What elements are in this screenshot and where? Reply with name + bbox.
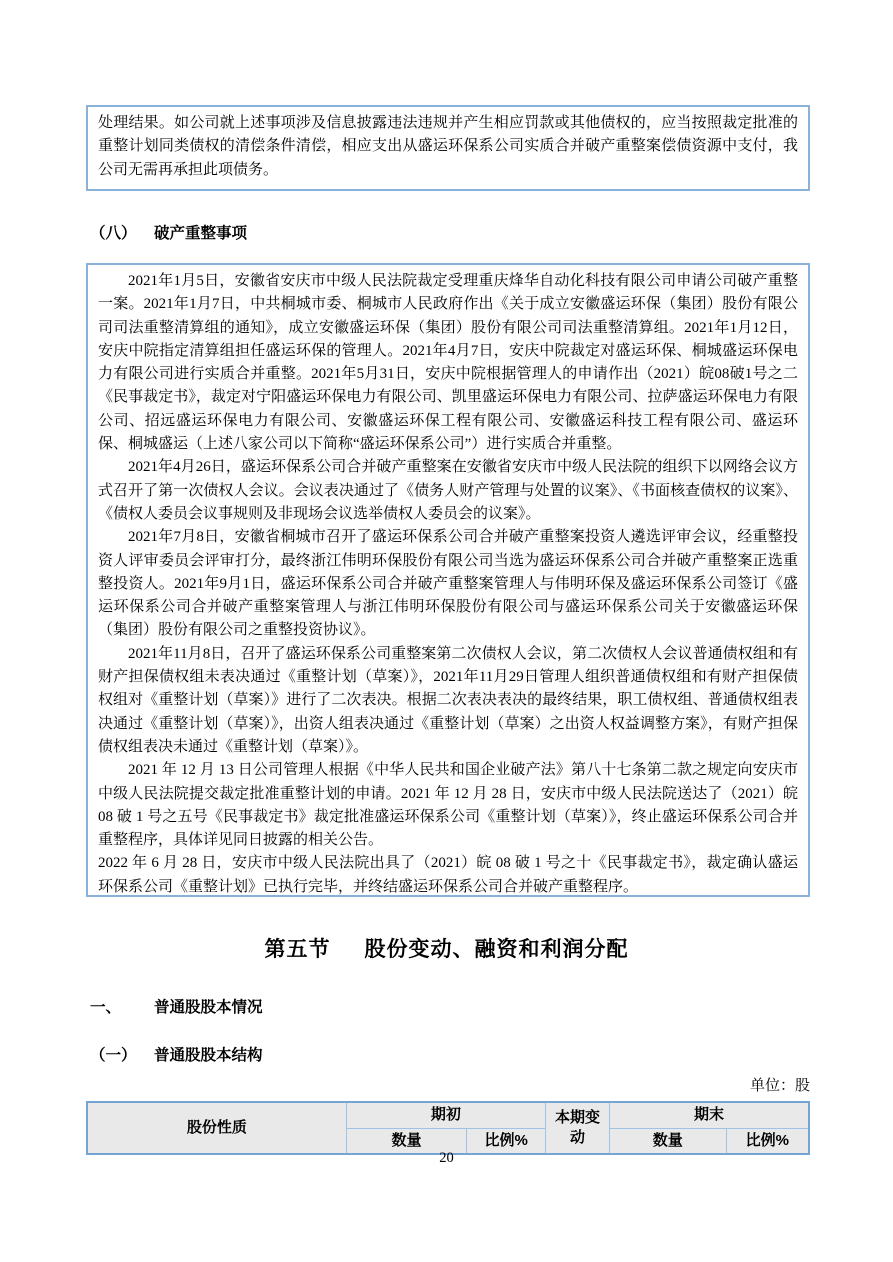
subsection-1-1-title: 普通股股本结构 bbox=[154, 1043, 263, 1065]
share-structure-table: 股份性质 期初 本期变动 期末 数量 比例% 数量 比例% bbox=[86, 1101, 810, 1155]
chapter-title: 第五节股份变动、融资和利润分配 bbox=[0, 933, 893, 963]
carryover-paragraph: 处理结果。如公司就上述事项涉及信息披露违法违规并产生相应罚款或其他债权的，应当按… bbox=[98, 112, 798, 182]
restructuring-paragraph-6: 2022 年 6 月 28 日，安庆市中级人民法院出具了（2021）皖 08 破… bbox=[98, 852, 798, 899]
subsection-1-1-heading: （一） 普通股股本结构 bbox=[90, 1043, 814, 1065]
section-8-heading: （八） 破产重整事项 bbox=[90, 221, 814, 243]
restructuring-paragraph-5: 2021 年 12 月 13 日公司管理人根据《中华人民共和国企业破产法》第八十… bbox=[98, 759, 798, 852]
chapter-title-text: 股份变动、融资和利润分配 bbox=[365, 938, 629, 961]
restructuring-paragraph-2: 2021年4月26日，盛运环保系公司合并破产重整案在安徽省安庆市中级人民法院的组… bbox=[98, 456, 798, 526]
header-ending: 期末 bbox=[609, 1102, 809, 1128]
subsection-1-title: 普通股股本情况 bbox=[154, 995, 263, 1017]
table-header-row-1: 股份性质 期初 本期变动 期末 bbox=[87, 1102, 809, 1128]
carryover-text-box: 处理结果。如公司就上述事项涉及信息披露违法违规并产生相应罚款或其他债权的，应当按… bbox=[86, 105, 810, 191]
header-share-type: 股份性质 bbox=[87, 1102, 346, 1154]
restructuring-paragraph-1: 2021年1月5日，安徽省安庆市中级人民法院裁定受理重庆烽华自动化科技有限公司申… bbox=[98, 270, 798, 456]
unit-label: 单位：股 bbox=[86, 1074, 810, 1095]
restructuring-paragraph-3: 2021年7月8日，安徽省桐城市召开了盛运环保系公司合并破产重整案投资人遴选评审… bbox=[98, 526, 798, 642]
section-8-title: 破产重整事项 bbox=[154, 221, 247, 243]
section-8-number: （八） bbox=[90, 221, 154, 243]
chapter-number: 第五节 bbox=[265, 938, 331, 961]
subsection-1-number: 一、 bbox=[90, 995, 154, 1017]
restructuring-paragraph-4: 2021年11月8日，召开了盛运环保系公司重整案第二次债权人会议，第二次债权人会… bbox=[98, 643, 798, 759]
restructuring-text-box: 2021年1月5日，安徽省安庆市中级人民法院裁定受理重庆烽华自动化科技有限公司申… bbox=[86, 263, 810, 897]
header-beginning: 期初 bbox=[346, 1102, 545, 1128]
subsection-1-1-number: （一） bbox=[90, 1043, 154, 1065]
document-page: { "colors": { "box_border": "#8ab1d8", "… bbox=[0, 0, 893, 1262]
header-change: 本期变动 bbox=[546, 1102, 610, 1154]
page-number: 20 bbox=[0, 1150, 893, 1167]
subsection-1-heading: 一、 普通股股本情况 bbox=[90, 995, 814, 1017]
